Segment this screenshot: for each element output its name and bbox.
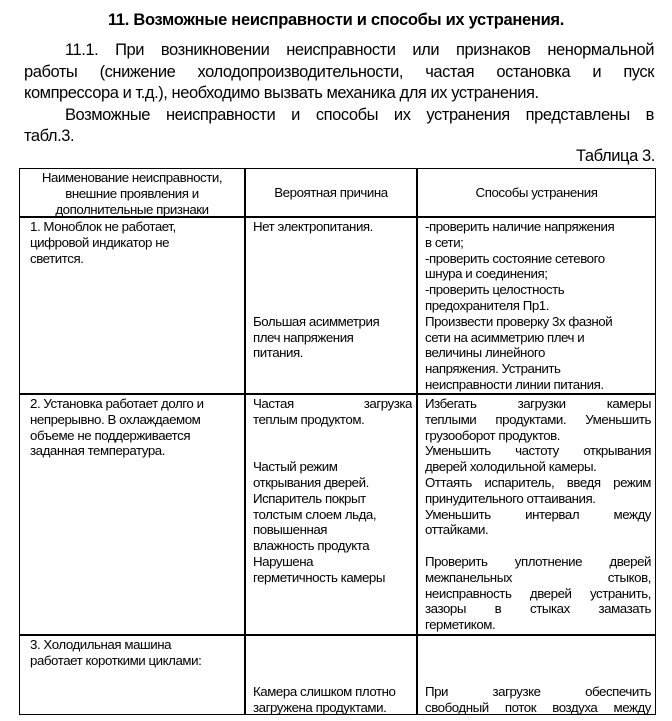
row2-remedy: Избегать загрузки камеры теплыми продукт… bbox=[425, 396, 651, 633]
cell-line: теплыми продуктами. Уменьшить bbox=[425, 412, 651, 428]
cell-line: Камера слишком плотно bbox=[253, 684, 413, 700]
cell-line: дверей холодильной камеры. bbox=[425, 459, 651, 475]
cell-line: сети на асимметрию плеч и bbox=[425, 330, 650, 346]
cell-line: напряжения. Устранить bbox=[425, 361, 650, 377]
paragraph-line: 11.1. При возникновении неисправности ил… bbox=[24, 40, 654, 62]
row3-symptom: 3. Холодильная машина работает короткими… bbox=[30, 637, 240, 669]
troubleshooting-table: Наименование неисправности, внешние проя… bbox=[19, 168, 656, 715]
cell-line: зазоры в стыках замазать bbox=[425, 601, 651, 617]
cell-line: Проверить уплотнение дверей bbox=[425, 554, 651, 570]
row1-symptom: 1. Моноблок не работает, цифровой индика… bbox=[30, 219, 240, 266]
row2-symptom: 2. Установка работает долго и непрерывно… bbox=[30, 396, 240, 459]
cell-line: влажность продукта bbox=[253, 538, 412, 554]
cell-line: повышенная bbox=[253, 522, 412, 538]
row2-cause: Частая загрузка теплым продуктом. Частый… bbox=[253, 396, 412, 586]
cell-line: 3. Холодильная машина bbox=[30, 637, 240, 653]
cell-line: Частый режим bbox=[253, 459, 412, 475]
cell-line: Большая асимметрия bbox=[253, 314, 413, 330]
cell-line: работает короткими циклами: bbox=[30, 653, 240, 669]
row1-cause: Нет электропитания. Большая асимметрия п… bbox=[253, 219, 413, 361]
cell-line: заданная температура. bbox=[30, 443, 240, 459]
cell-line: грузооборот продуктов. bbox=[425, 428, 651, 444]
paragraph-line: Возможные неисправности и способы их уст… bbox=[24, 105, 654, 127]
row3-cause: Камера слишком плотно загружена продукта… bbox=[253, 684, 413, 716]
cell-line: величины линейного bbox=[425, 345, 650, 361]
row1-remedy: -проверить наличие напряжения в сети; -п… bbox=[425, 219, 650, 393]
cell-line: толстым слоем льда, bbox=[253, 507, 412, 523]
cell-line: межпанельных стыков, bbox=[425, 570, 651, 586]
cell-line: плеч напряжения bbox=[253, 330, 413, 346]
cell-line: 1. Моноблок не работает, bbox=[30, 219, 240, 235]
cell-line: При загрузке обеспечить bbox=[425, 684, 651, 700]
cell-line: оттайками. bbox=[425, 522, 651, 538]
paragraph-line: табл.3. bbox=[24, 126, 654, 148]
table-caption: Таблица 3. bbox=[576, 146, 655, 166]
cell-line: Нарушена bbox=[253, 554, 412, 570]
cell-line: шнура и соединения; bbox=[425, 266, 650, 282]
cell-line: Произвести проверку 3х фазной bbox=[425, 314, 650, 330]
cell-line: цифровой индикатор не bbox=[30, 235, 240, 251]
cell-line: непрерывно. В охлаждаемом bbox=[30, 412, 240, 428]
cell-line: Испаритель покрыт bbox=[253, 491, 412, 507]
cell-line: открывания дверей. bbox=[253, 475, 412, 491]
cell-line: принудительного оттаивания. bbox=[425, 491, 651, 507]
cell-line: Оттаять испаритель, введя режим bbox=[425, 475, 651, 491]
row-divider bbox=[20, 393, 655, 395]
cell-line: Уменьшить частоту открывания bbox=[425, 443, 651, 459]
paragraph-line: работы (снижение холодопроизводительност… bbox=[24, 62, 654, 84]
header-remedy: Способы устранения bbox=[418, 185, 655, 201]
cell-line: -проверить целостность bbox=[425, 282, 650, 298]
cell-line: питания. bbox=[253, 345, 413, 361]
cell-line: герметиком. bbox=[425, 617, 651, 633]
column-divider bbox=[416, 169, 418, 714]
cell-line: теплым продуктом. bbox=[253, 412, 412, 428]
cell-line: свободный поток воздуха между bbox=[425, 700, 651, 716]
cell-line: загружена продуктами. bbox=[253, 700, 413, 716]
cell-line: неисправности линии питания. bbox=[425, 377, 650, 393]
cell-line: Частая загрузка bbox=[253, 396, 412, 412]
intro-paragraph: 11.1. При возникновении неисправности ил… bbox=[24, 40, 654, 148]
cell-line: -проверить состояние сетевого bbox=[425, 251, 650, 267]
header-cause: Вероятная причина bbox=[246, 185, 416, 201]
cell-line: герметичность камеры bbox=[253, 570, 412, 586]
section-title: 11. Возможные неисправности и способы их… bbox=[0, 9, 672, 31]
row-divider bbox=[20, 634, 655, 636]
header-line: Наименование неисправности, bbox=[20, 170, 244, 186]
cell-line: Нет электропитания. bbox=[253, 219, 413, 235]
row3-remedy: При загрузке обеспечить свободный поток … bbox=[425, 684, 651, 716]
paragraph-line: компрессора и т.д.), необходимо вызвать … bbox=[24, 83, 654, 105]
header-line: Способы устранения bbox=[418, 185, 655, 201]
header-line: внешние проявления и bbox=[20, 186, 244, 202]
cell-line: в сети; bbox=[425, 235, 650, 251]
cell-line: -проверить наличие напряжения bbox=[425, 219, 650, 235]
cell-line: предохранителя Пр1. bbox=[425, 298, 650, 314]
header-symptom: Наименование неисправности, внешние проя… bbox=[20, 170, 244, 217]
cell-line: неисправность дверей устранить, bbox=[425, 586, 651, 602]
column-divider bbox=[244, 169, 246, 714]
cell-line: объеме не поддерживается bbox=[30, 428, 240, 444]
cell-line: 2. Установка работает долго и bbox=[30, 396, 240, 412]
header-line: Вероятная причина bbox=[246, 185, 416, 201]
cell-line: светится. bbox=[30, 251, 240, 267]
cell-line: Избегать загрузки камеры bbox=[425, 396, 651, 412]
cell-line: Уменьшить интервал между bbox=[425, 507, 651, 523]
header-line: дополнительные признаки bbox=[20, 202, 244, 218]
